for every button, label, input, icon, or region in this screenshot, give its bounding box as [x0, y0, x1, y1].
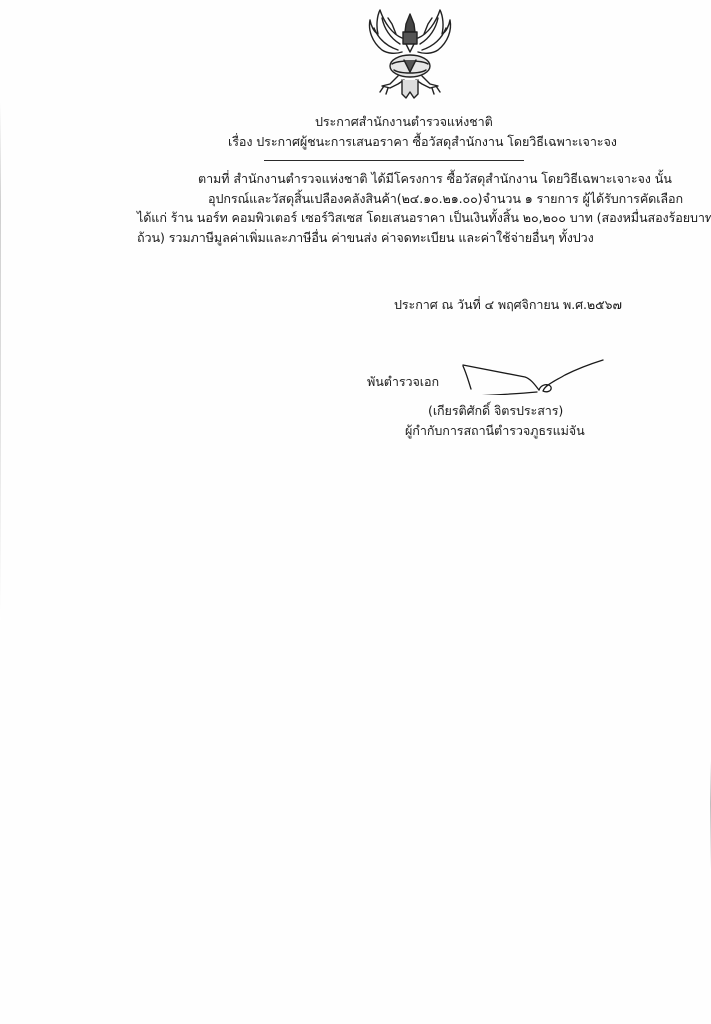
body-line-3: ได้แก่ ร้าน นอร์ท คอมพิวเตอร์ เซอร์วิสเซ…	[137, 210, 711, 226]
signatory-name: (เกียรติศักดิ์ จิตรประสาร)	[428, 403, 563, 419]
garuda-emblem-icon	[362, 4, 458, 104]
header-divider	[264, 160, 524, 161]
signatory-rank: พันตำรวจเอก	[367, 374, 439, 390]
header-issuer: ประกาศสำนักงานตำรวจแห่งชาติ	[315, 114, 493, 130]
document-page: ประกาศสำนักงานตำรวจแห่งชาติ เรื่อง ประกา…	[0, 0, 711, 1024]
scan-edge-left	[0, 100, 1, 620]
body-line-1: ตามที่ สำนักงานตำรวจแห่งชาติ ได้มีโครงกา…	[198, 171, 672, 187]
header-subject: เรื่อง ประกาศผู้ชนะการเสนอราคา ซื้อวัสดุ…	[228, 134, 617, 150]
signatory-position: ผู้กำกับการสถานีตำรวจภูธรแม่จัน	[405, 423, 585, 439]
announcement-date: ประกาศ ณ วันที่ ๔ พฤศจิกายน พ.ศ.๒๕๖๗	[394, 297, 622, 313]
body-line-4: ถ้วน) รวมภาษีมูลค่าเพิ่มและภาษีอื่น ค่าข…	[137, 230, 594, 246]
body-line-2: อุปกรณ์และวัสดุสิ้นเปลืองคลังสินค้า(๒๔.๑…	[208, 191, 683, 207]
signature-icon	[455, 355, 605, 395]
